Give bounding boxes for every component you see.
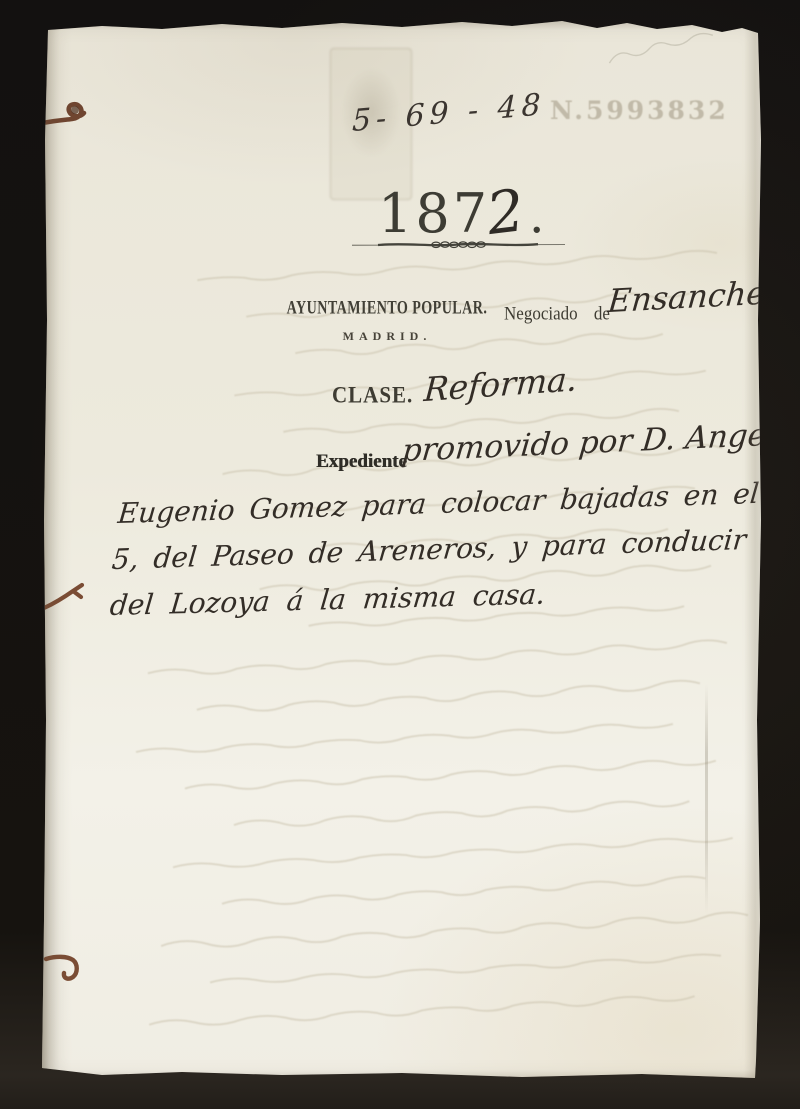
document-page: 5- 69 - 48 N.5993832 187 2 . AYUNTAMIENT…: [42, 20, 764, 1082]
letterhead: AYUNTAMIENTO POPULAR. MADRID.: [272, 298, 502, 344]
year-printed: 187: [378, 182, 490, 245]
photo-backdrop: { "document": { "file_number": "5- 69 - …: [0, 0, 800, 1109]
pencil-annotation: [602, 28, 732, 68]
year-period: .: [530, 183, 544, 245]
council-heading: AYUNTAMIENTO POPULAR.: [286, 298, 488, 319]
negociado-label: Negociado de: [504, 303, 610, 325]
binding-stitch-top: [42, 96, 94, 138]
ornamental-rule: [350, 238, 568, 252]
expediente-label: Expediente: [316, 451, 407, 473]
binding-stitch-middle: [42, 576, 90, 614]
council-city: MADRID.: [272, 329, 502, 344]
binding-stitch-bottom: [42, 951, 90, 999]
clase-label: CLASE.: [332, 382, 413, 409]
paper-crease: [705, 684, 708, 914]
year-line: 187 2 .: [378, 178, 543, 246]
serial-number-stamp: N.5993832: [550, 96, 729, 125]
